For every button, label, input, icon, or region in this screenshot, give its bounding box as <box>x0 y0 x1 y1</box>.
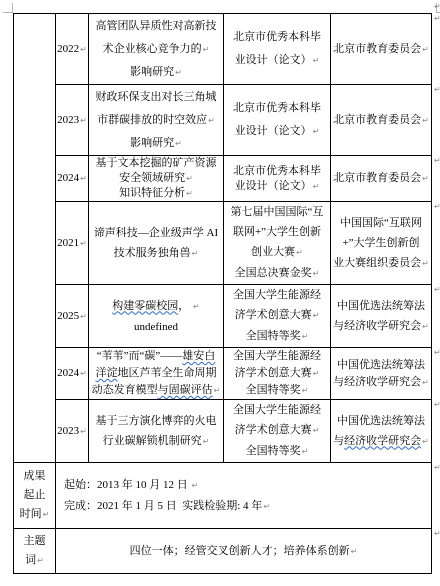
cell-end-mark: ↵ <box>175 139 182 148</box>
award-line: 全国特等奖↵ <box>225 382 329 399</box>
title-line: undefined <box>90 317 222 337</box>
org-cell: 北京市教育委员会↵ <box>331 14 432 85</box>
year-text: 2023↵ <box>57 109 87 132</box>
cell-end-mark: ↵ <box>186 189 193 198</box>
text-run: 业设计（论文） <box>235 54 312 66</box>
org-line: 北京市教育委员会↵ <box>332 38 430 61</box>
text-run: 起始：2013 年 10 月 12 日 <box>64 479 191 491</box>
text-run: 动态发育模型 <box>92 384 158 396</box>
award-line: 全国大学生能源经 <box>225 285 329 305</box>
awards-table-body: 2022↵高管团队异质性对高新技术企业核心竞争力的↵影响研究↵北京市优秀本科毕业… <box>14 14 432 574</box>
cell-end-mark: ↵ <box>80 116 87 125</box>
cell-end-mark: ↵ <box>80 369 87 378</box>
duration-content-cell: 起始：2013 年 10 月 12 日 ↵完成：2021 年 1 月 5 日 实… <box>56 463 432 529</box>
award-line: 全国大学生能源经 <box>225 348 329 365</box>
text-run: 北京市优秀本科毕 <box>233 102 321 114</box>
row-end-mark: ↵ <box>434 400 440 409</box>
year-cell: 2023↵ <box>56 400 89 463</box>
text-run: 2021 <box>57 237 79 249</box>
cell-end-mark: ↵ <box>80 427 87 436</box>
award-row: 2023↵基于三方演化博弈的火电行业碳解锁机制研究↵全国大学生能源经济学术创意大… <box>14 400 432 463</box>
keywords-label-cell: 主题词↵ <box>14 529 56 574</box>
org-line: +”大学生创新创 <box>332 233 430 253</box>
cell-end-mark: ↵ <box>313 311 320 320</box>
text-run: 影响研究 <box>130 66 174 78</box>
award-cell: 北京市优秀本科毕业设计（论文）↵ <box>224 14 331 85</box>
cell-end-mark: ↵ <box>422 116 429 125</box>
title-line: 谛声科技—企业级声学 AI <box>90 223 222 243</box>
text-run: 与 <box>333 435 344 447</box>
text-run: 2025 <box>57 310 79 322</box>
award-cell: 全国大学生能源经济学术创意大赛↵全国特等奖↵ <box>224 285 331 348</box>
text-run: 全国特等奖 <box>246 445 301 457</box>
org-cell: 中国优选法统筹法与经济收学研究会↵ <box>331 285 432 348</box>
text-run <box>189 300 192 312</box>
award-line: 业设计（论文）↵ <box>225 179 329 194</box>
cell-end-mark: ↵ <box>203 437 210 446</box>
text-run: 2024 <box>57 367 79 379</box>
cell-end-mark: ↵ <box>302 386 309 395</box>
keywords-content-cell: 四位一体；经管交叉创新人才；培养体系创新↵ <box>56 529 432 574</box>
spellcheck-flagged-text: 雄安白 <box>182 350 215 362</box>
cell-end-mark: ↵ <box>422 437 429 446</box>
year-cell: 2021↵ <box>56 202 89 285</box>
year-cell: 2023↵ <box>56 85 89 156</box>
cell-end-mark: ↵ <box>313 269 320 278</box>
content-line: 起始：2013 年 10 月 12 日 ↵ <box>64 475 430 496</box>
title-line: 基于文本挖掘的矿产资源 <box>90 156 222 171</box>
paragraph-mark: ↵ <box>434 2 440 11</box>
text-run: 北京市优秀本科毕 <box>233 165 321 177</box>
org-line: 与经济收学研究会↵ <box>332 374 430 391</box>
year-text: 2024↵ <box>57 171 87 186</box>
row-end-mark: ↵ <box>434 156 440 165</box>
text-run: 中国优选法统筹法 <box>337 415 425 427</box>
spellcheck-flagged-text: 经济收学研究会 <box>344 435 421 447</box>
year-text: 2024↵ <box>57 365 87 382</box>
award-line: 全国特等奖↵ <box>225 441 329 462</box>
award-cell: 北京市优秀本科毕业设计（论文）↵ <box>224 156 331 202</box>
year-cell: 2025↵ <box>56 285 89 348</box>
text-run: 与经济收学研究会 <box>333 320 421 332</box>
year-text: 2023↵ <box>57 421 87 442</box>
title-line: 财政环保支出对长三角城 <box>90 86 222 109</box>
label-line: 主题 <box>15 532 54 551</box>
duration-row: 成果起止时间↵起始：2013 年 10 月 12 日 ↵完成：2021 年 1 … <box>14 463 432 529</box>
cell-end-mark: ↵ <box>422 322 429 331</box>
label-line: 时间↵ <box>15 505 54 524</box>
spellcheck-flagged-text: 与固碳评估 <box>158 384 213 396</box>
text-run: 词 <box>25 554 36 566</box>
text-run: 北京市教育委员会 <box>333 114 421 126</box>
text-run: 知识特征分析 <box>119 187 185 199</box>
award-line: 业设计（论文）↵ <box>225 49 329 72</box>
title-line: 安全领域研究↵ <box>90 171 222 186</box>
award-line: 济学术创意大赛↵ <box>225 305 329 326</box>
title-line: 高管团队异质性对高新技 <box>90 15 222 38</box>
year-cell: 2024↵ <box>56 156 89 202</box>
cell-end-mark: ↵ <box>296 248 303 257</box>
cell-end-mark: ↵ <box>80 174 87 183</box>
row-end-mark: ↵ <box>434 14 440 23</box>
text-run: 四位一体；经管交叉创新人才；培养体系创新 <box>130 545 350 557</box>
text-run: 全国特等奖 <box>246 330 301 342</box>
cell-end-mark: ↵ <box>351 547 358 556</box>
text-run: ， <box>178 300 189 312</box>
title-line: 行业碳解锁机制研究↵ <box>90 431 222 452</box>
award-line: 济学术创意大赛↵ <box>225 420 329 441</box>
year-cell: 2022↵ <box>56 14 89 85</box>
award-line: 业设计（论文）↵ <box>225 120 329 143</box>
text-run: 谛声科技—企业级声学 AI <box>94 227 218 239</box>
cell-end-mark: ↵ <box>422 45 429 54</box>
title-line: 术企业核心竞争力的↵ <box>90 38 222 61</box>
award-row: 2023↵财政环保支出对长三角城市群碳排放的时空效应↵影响研究↵北京市优秀本科毕… <box>14 85 432 156</box>
cell-end-mark: ↵ <box>192 481 199 490</box>
title-cell: 高管团队异质性对高新技术企业核心竞争力的↵影响研究↵ <box>89 14 224 85</box>
text-run: 中国优选法统筹法 <box>337 359 425 371</box>
award-line: 全国特等奖↵ <box>225 326 329 347</box>
text-run: 中国国际“互联网 <box>340 217 422 229</box>
cell-end-mark: ↵ <box>263 502 270 511</box>
award-line: 北京市优秀本科毕 <box>225 97 329 120</box>
award-line: 北京市优秀本科毕 <box>225 164 329 179</box>
cell-end-mark: ↵ <box>208 116 215 125</box>
text-run: 全国总决赛金奖 <box>235 267 312 279</box>
org-line: 业大赛组织委员会↵ <box>332 253 430 274</box>
row-end-mark: ↵ <box>434 348 440 357</box>
org-line: 中国优选法统筹法 <box>332 411 430 431</box>
row-end-mark: ↵ <box>434 285 440 294</box>
text-run: 成果 <box>24 470 46 482</box>
org-cell: 中国国际“互联网+”大学生创新创业大赛组织委员会↵ <box>331 202 432 285</box>
award-row: 2024↵“苇苇”而“碳”——雄安白洋淀地区芦苇全生命周期动态发育模型与固碳评估… <box>14 348 432 400</box>
text-run: 起止 <box>24 489 46 501</box>
year-text: 2021↵ <box>57 233 87 254</box>
text-run: 北京市教育委员会 <box>333 43 421 55</box>
org-line: 中国优选法统筹法 <box>332 357 430 374</box>
org-cell: 中国优选法统筹法与经济收学研究会↵ <box>331 348 432 400</box>
text-run: “苇苇”而“碳”—— <box>97 350 183 362</box>
award-cell: 北京市优秀本科毕业设计（论文）↵ <box>224 85 331 156</box>
award-line: 联网+”大学生创新 <box>225 222 329 242</box>
cell-end-mark: ↵ <box>186 174 193 183</box>
cell-end-mark: ↵ <box>313 127 320 136</box>
cell-end-mark: ↵ <box>214 386 221 395</box>
text-run: 第七届中国国际“互 <box>231 206 324 218</box>
row-end-mark: ↵ <box>434 202 440 211</box>
awards-table: 2022↵高管团队异质性对高新技术企业核心竞争力的↵影响研究↵北京市优秀本科毕业… <box>13 13 432 574</box>
cell-end-mark: ↵ <box>302 447 309 456</box>
text-run: 济学术创意大赛 <box>235 309 312 321</box>
cell-end-mark: ↵ <box>37 556 44 565</box>
cell-end-mark: ↵ <box>43 510 50 519</box>
title-line: 技术服务独角兽↵ <box>90 243 222 264</box>
title-line: 知识特征分析↵ <box>90 186 222 201</box>
text-run: 财政环保支出对长三角城 <box>96 91 217 103</box>
category-label-cell-empty <box>14 14 56 463</box>
duration-label-cell: 成果起止时间↵ <box>14 463 56 529</box>
document-page: ↵ 2022↵高管团队异质性对高新技术企业核心竞争力的↵影响研究↵北京市优秀本科… <box>0 0 440 586</box>
text-run: 高管团队异质性对高新技 <box>96 20 217 32</box>
org-line: 北京市教育委员会↵ <box>332 171 430 186</box>
title-line: 基于三方演化博弈的火电 <box>90 411 222 431</box>
text-run: 影响研究 <box>130 137 174 149</box>
award-line: 全国总决赛金奖↵ <box>225 263 329 284</box>
cell-end-mark: ↵ <box>313 56 320 65</box>
label-line: 词↵ <box>15 551 54 570</box>
keywords-row: 主题词↵四位一体；经管交叉创新人才；培养体系创新↵ <box>14 529 432 574</box>
org-cell: 中国优选法统筹法与经济收学研究会↵ <box>331 400 432 463</box>
label-line: 成果 <box>15 467 54 486</box>
text-run: 行业碳解锁机制研究 <box>103 435 202 447</box>
cell-end-mark: ↵ <box>422 378 429 387</box>
title-line: 动态发育模型与固碳评估↵ <box>90 382 222 399</box>
row-end-mark: ↵ <box>434 463 440 472</box>
title-line: “苇苇”而“碳”——雄安白 <box>90 348 222 365</box>
cell-end-mark: ↵ <box>175 68 182 77</box>
text-run: 安全领域研究 <box>119 172 185 184</box>
award-cell: 全国大学生能源经济学术创意大赛↵全国特等奖↵ <box>224 348 331 400</box>
text-run: 2023 <box>57 425 79 437</box>
org-cell: 北京市教育委员会↵ <box>331 156 432 202</box>
cell-end-mark: ↵ <box>313 426 320 435</box>
award-line: 第七届中国国际“互 <box>225 202 329 222</box>
text-run: 技术服务独角兽 <box>114 247 191 259</box>
text-run: 地区芦苇全生命周期 <box>118 367 217 379</box>
text-run: 中国优选法统筹法 <box>337 300 425 312</box>
spellcheck-flagged-text: 构建零碳校园 <box>112 300 178 312</box>
title-cell: 财政环保支出对长三角城市群碳排放的时空效应↵影响研究↵ <box>89 85 224 156</box>
text-run: 北京市优秀本科毕 <box>233 31 321 43</box>
text-run: +”大学生创新创 <box>342 237 419 249</box>
text-run: 基于三方演化博弈的火电 <box>96 415 217 427</box>
award-row: 2021↵谛声科技—企业级声学 AI技术服务独角兽↵第七届中国国际“互联网+”大… <box>14 202 432 285</box>
content-line: 四位一体；经管交叉创新人才；培养体系创新↵ <box>57 542 430 561</box>
cell-end-mark: ↵ <box>313 182 320 191</box>
margin-corner-mark-top-left <box>3 3 13 13</box>
text-run: 创业大赛 <box>251 246 295 258</box>
text-run: 全国特等奖 <box>246 384 301 396</box>
org-cell: 北京市教育委员会↵ <box>331 85 432 156</box>
text-run: 主题 <box>24 535 46 547</box>
award-row: 2024↵基于文本挖掘的矿产资源安全领域研究↵知识特征分析↵北京市优秀本科毕业设… <box>14 156 432 202</box>
title-line: 影响研究↵ <box>90 132 222 155</box>
text-run: undefined <box>134 321 178 333</box>
award-line: 全国大学生能源经 <box>225 400 329 420</box>
cell-end-mark: ↵ <box>422 174 429 183</box>
year-cell: 2024↵ <box>56 348 89 400</box>
year-text: 2025↵ <box>57 306 87 327</box>
award-line: 济学术创意大赛↵ <box>225 365 329 382</box>
text-run: 业设计（论文） <box>235 180 312 192</box>
text-run: 北京市教育委员会 <box>333 172 421 184</box>
org-line: 与经济收学研究会↵ <box>332 431 430 452</box>
cell-end-mark: ↵ <box>203 45 210 54</box>
cell-end-mark: ↵ <box>192 249 199 258</box>
text-run: 完成：2021 年 1 月 5 日 实践检验期: 4 年 <box>64 500 262 512</box>
award-line: 北京市优秀本科毕 <box>225 26 329 49</box>
cell-end-mark: ↵ <box>313 369 320 378</box>
title-line: 市群碳排放的时空效应↵ <box>90 109 222 132</box>
cell-end-mark: ↵ <box>302 332 309 341</box>
award-row: 2025↵构建零碳校园， ↵undefined全国大学生能源经济学术创意大赛↵全… <box>14 285 432 348</box>
text-run: 2023 <box>57 114 79 126</box>
text-run: 2022 <box>57 43 79 55</box>
spellcheck-flagged-text: 洋淀 <box>96 367 118 379</box>
text-run: 基于文本挖掘的矿产资源 <box>96 157 217 169</box>
org-line: 与经济收学研究会↵ <box>332 316 430 337</box>
text-run: 业大赛组织委员会 <box>333 257 421 269</box>
title-cell: 基于三方演化博弈的火电行业碳解锁机制研究↵ <box>89 400 224 463</box>
title-cell: 谛声科技—企业级声学 AI技术服务独角兽↵ <box>89 202 224 285</box>
award-row: 2022↵高管团队异质性对高新技术企业核心竞争力的↵影响研究↵北京市优秀本科毕业… <box>14 14 432 85</box>
row-end-mark: ↵ <box>434 529 440 538</box>
cell-end-mark: ↵ <box>80 239 87 248</box>
title-line: 洋淀地区芦苇全生命周期 <box>90 365 222 382</box>
text-run: 业设计（论文） <box>235 125 312 137</box>
text-run: 济学术创意大赛 <box>235 367 312 379</box>
org-line: 中国优选法统筹法 <box>332 296 430 316</box>
award-cell: 全国大学生能源经济学术创意大赛↵全国特等奖↵ <box>224 400 331 463</box>
label-line: 起止 <box>15 486 54 505</box>
text-run: 时间 <box>20 508 42 520</box>
cell-end-mark: ↵ <box>80 312 87 321</box>
year-text: 2022↵ <box>57 38 87 61</box>
text-run: 联网+”大学生创新 <box>233 226 321 238</box>
text-run: 术企业核心竞争力的 <box>103 43 202 55</box>
cell-end-mark: ↵ <box>80 45 87 54</box>
title-cell: 构建零碳校园， ↵undefined <box>89 285 224 348</box>
org-line: 中国国际“互联网 <box>332 213 430 233</box>
text-run: 全国大学生能源经 <box>233 289 321 301</box>
content-line: 完成：2021 年 1 月 5 日 实践检验期: 4 年↵ <box>64 496 430 517</box>
title-line: 影响研究↵ <box>90 61 222 84</box>
text-run: 全国大学生能源经 <box>233 404 321 416</box>
row-end-mark: ↵ <box>434 85 440 94</box>
text-run: 与经济收学研究会 <box>333 376 421 388</box>
text-run: 全国大学生能源经 <box>233 350 321 362</box>
title-cell: 基于文本挖掘的矿产资源安全领域研究↵知识特征分析↵ <box>89 156 224 202</box>
org-line: 北京市教育委员会↵ <box>332 109 430 132</box>
text-run: 济学术创意大赛 <box>235 424 312 436</box>
title-cell: “苇苇”而“碳”——雄安白洋淀地区芦苇全生命周期动态发育模型与固碳评估↵ <box>89 348 224 400</box>
text-run: 2024 <box>57 172 79 184</box>
title-line: 构建零碳校园， ↵ <box>90 296 222 317</box>
award-line: 创业大赛↵ <box>225 242 329 263</box>
text-run: 市群碳排放的时空效应 <box>97 114 207 126</box>
cell-end-mark: ↵ <box>422 259 429 268</box>
award-cell: 第七届中国国际“互联网+”大学生创新创业大赛↵全国总决赛金奖↵ <box>224 202 331 285</box>
cell-end-mark: ↵ <box>193 302 200 311</box>
